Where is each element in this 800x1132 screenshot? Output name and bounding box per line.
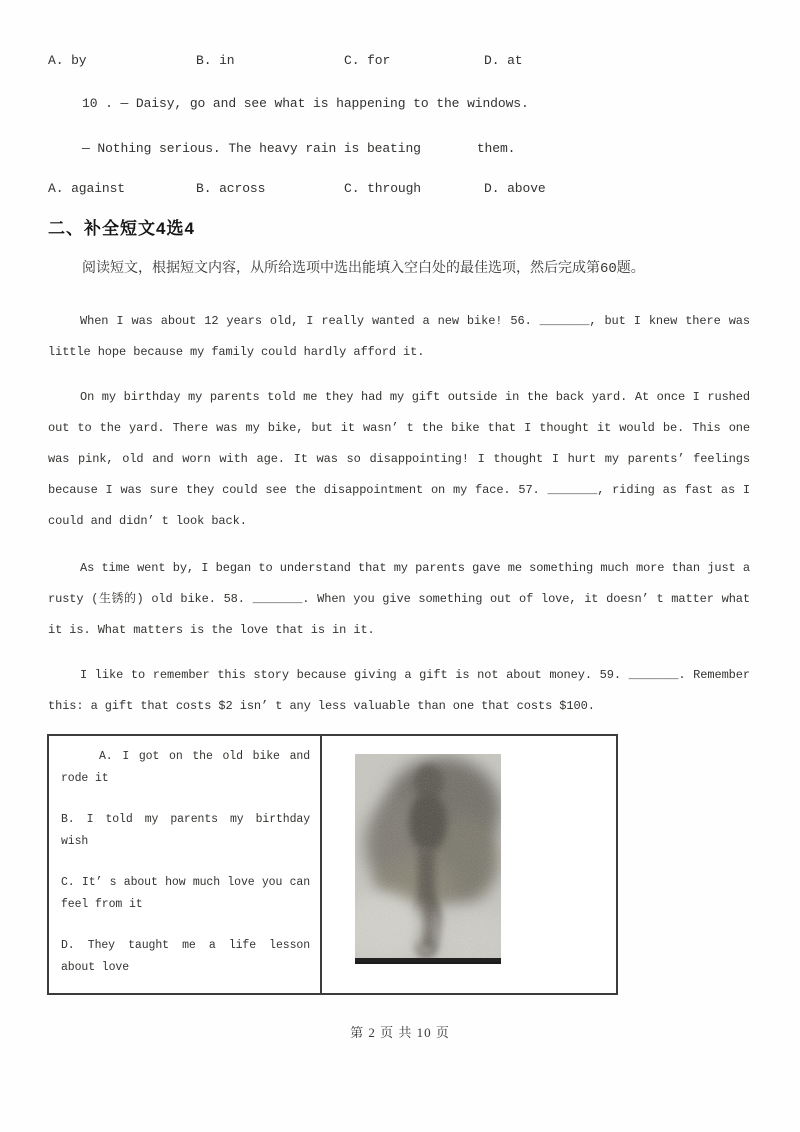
- choice-line: D. They taught me a life lesson: [61, 935, 310, 957]
- passage-line: I like to remember this story because gi…: [48, 660, 750, 691]
- question10-reply-suffix: them.: [477, 141, 516, 156]
- passage-line: On my birthday my parents told me they h…: [48, 382, 750, 413]
- question9-options-row: A. by B. in C. for D. at: [48, 52, 750, 70]
- section-instructions: 阅读短文，根据短文内容，从所给选项中选出能填入空白处的最佳选项，然后完成第60题…: [82, 260, 750, 279]
- passage-paragraph: As time went by, I began to understand t…: [48, 553, 750, 646]
- passage-paragraph: When I was about 12 years old, I really …: [48, 306, 750, 368]
- option-c: C. for: [344, 52, 484, 70]
- choice-line: feel from it: [61, 894, 310, 916]
- question10-options-row: A. against B. across C. through D. above: [48, 180, 750, 198]
- passage-paragraph: I like to remember this story because gi…: [48, 660, 750, 722]
- option-b: B. across: [196, 180, 344, 198]
- question10-stem: 10 . — Daisy, go and see what is happeni…: [82, 95, 750, 113]
- choices-box: A. I got on the old bike and rode it B. …: [47, 734, 618, 995]
- choice-line: wish: [61, 831, 310, 853]
- passage-line: it is. What matters is the love that is …: [48, 615, 750, 646]
- question10-reply-prefix: — Nothing serious. The heavy rain is bea…: [82, 141, 421, 156]
- choices-cell: A. I got on the old bike and rode it B. …: [49, 736, 322, 993]
- section-title: 二、补全短文4选4: [48, 214, 750, 239]
- passage-line: When I was about 12 years old, I really …: [48, 306, 750, 337]
- option-b: B. in: [196, 52, 344, 70]
- option-a: A. by: [48, 52, 196, 70]
- passage-line: this: a gift that costs $2 isn’ t any le…: [48, 691, 750, 722]
- choice-line: C. It’ s about how much love you can: [61, 872, 310, 894]
- page-indicator: 第 2 页 共 10 页: [0, 1022, 800, 1041]
- choice-line: about love: [61, 957, 310, 979]
- passage-line: little hope because my family could hard…: [48, 337, 750, 368]
- option-c: C. through: [344, 180, 484, 198]
- choice-line: B. I told my parents my birthday: [61, 809, 310, 831]
- choice-line: A. I got on the old bike and: [61, 746, 310, 768]
- choice-line: rode it: [61, 768, 310, 790]
- passage-paragraph: On my birthday my parents told me they h…: [48, 382, 750, 537]
- passage-line: rusty (生锈的) old bike. 58. _______. When …: [48, 584, 750, 615]
- choice-d: D. They taught me a life lesson about lo…: [61, 935, 310, 979]
- passage-line: out to the yard. There was my bike, but …: [48, 413, 750, 444]
- passage-line: was pink, old and worn with age. It was …: [48, 444, 750, 475]
- passage-line: As time went by, I began to understand t…: [48, 553, 750, 584]
- bike-photo: [355, 754, 501, 964]
- question10-reply: — Nothing serious. The heavy rain is bea…: [82, 140, 750, 158]
- option-d: D. at: [484, 52, 750, 70]
- choice-a: A. I got on the old bike and rode it: [61, 746, 310, 790]
- passage-line: because I was sure they could see the di…: [48, 475, 750, 506]
- passage-line: could and didn’ t look back.: [48, 506, 750, 537]
- choice-c: C. It’ s about how much love you can fee…: [61, 872, 310, 916]
- choice-b: B. I told my parents my birthday wish: [61, 809, 310, 853]
- option-a: A. against: [48, 180, 196, 198]
- photo-cell: [322, 736, 616, 993]
- option-d: D. above: [484, 180, 750, 198]
- bike-photo-graphic: [355, 754, 501, 962]
